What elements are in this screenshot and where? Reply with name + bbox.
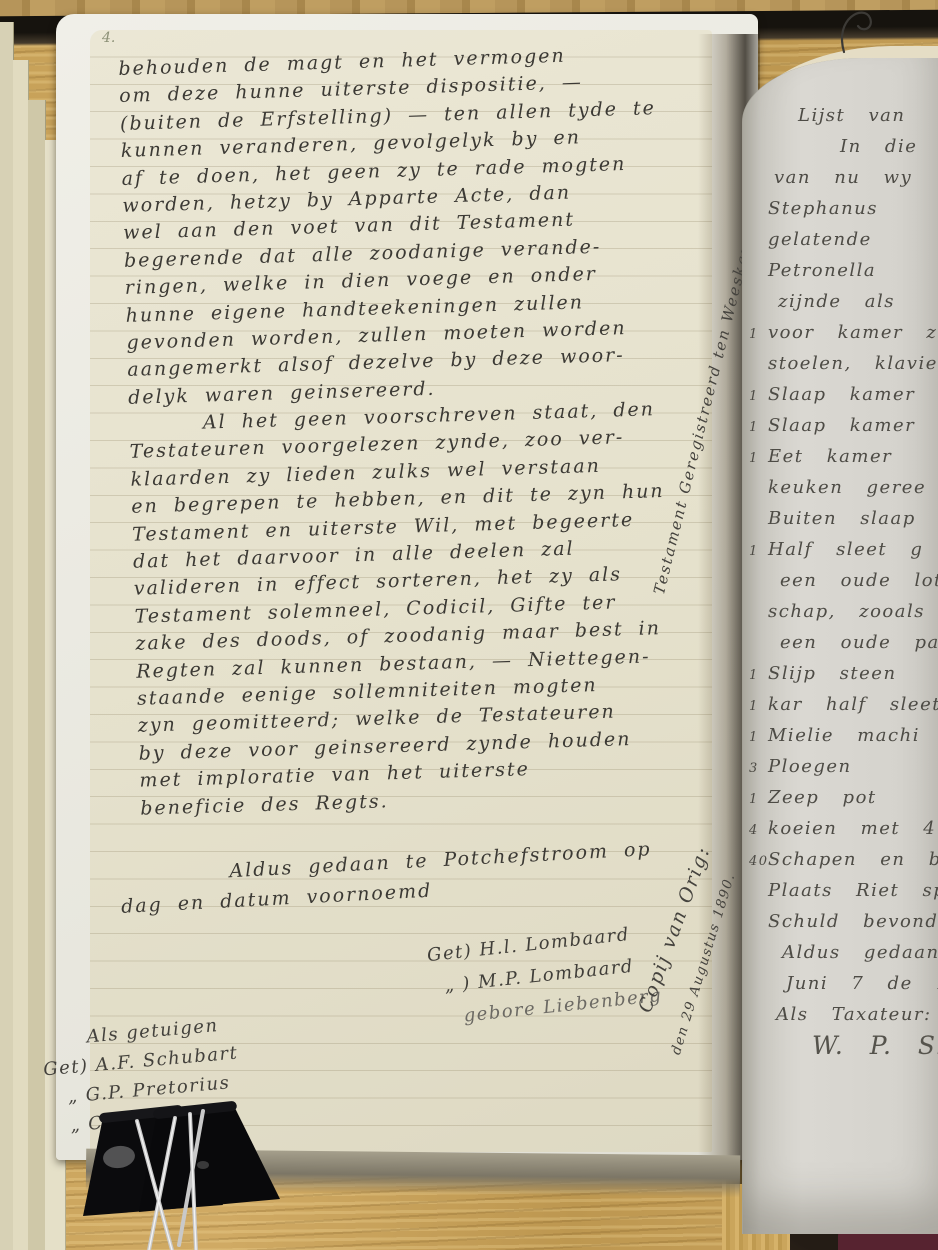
inventory-line: 1voor kamer z [749, 317, 938, 348]
inventory-item-text: Aldus gedaan [782, 942, 938, 963]
inventory-quantity: 40 [749, 846, 764, 877]
inventory-quantity: 3 [749, 753, 764, 784]
binder-clips-icon [75, 1095, 290, 1250]
page-number: 4. [102, 30, 115, 46]
inventory-item-text: kar half sleet [768, 694, 938, 715]
inventory-line: 1Slijp steen [749, 658, 938, 689]
inventory-item-text: keuken geree [768, 477, 926, 498]
inventory-item-text: zijnde als [778, 291, 895, 312]
inventory-line: stoelen, klavier [749, 348, 938, 379]
inventory-item-text: Zeep pot [768, 787, 877, 808]
photo-scene: 4. behouden de magt en het vermogen om d… [0, 0, 938, 1250]
inventory-quantity: 4 [749, 815, 764, 846]
inventory-line: Plaats Riet sp [749, 875, 938, 906]
inventory-item-text: van nu wy [774, 167, 912, 188]
inventory-quantity: 1 [749, 319, 764, 350]
inventory-quantity: 1 [749, 722, 764, 753]
inventory-quantity: 1 [749, 691, 764, 722]
inventory-item-text: Mielie machi [768, 725, 920, 746]
closing-block: Aldus gedaan te Potchefstroom op dag en … [119, 834, 654, 922]
inventory-line: 40Schapen en b [749, 844, 938, 875]
inventory-item-text: stoelen, klavier [768, 353, 938, 374]
page-stack-edge [13, 60, 29, 1250]
inventory-item-text: Slaap kamer [768, 415, 915, 436]
inventory-line: Buiten slaap [749, 503, 938, 534]
inventory-line: een oude lot [749, 565, 938, 596]
inventory-line: 1Half sleet g [749, 534, 938, 565]
inventory-item-text: Slijp steen [768, 663, 897, 684]
inventory-line: 1Slaap kamer [749, 379, 938, 410]
inventory-line: Juni 7 de 189 [749, 968, 938, 999]
inventory-item-text: Plaats Riet sp [768, 880, 938, 901]
inventory-line: 1Zeep pot [749, 782, 938, 813]
inventory-line: 1Mielie machi [749, 720, 938, 751]
inventory-item-text: een oude paa [780, 632, 938, 653]
inventory-line: keuken geree [749, 472, 938, 503]
inventory-line: Lijst van [749, 100, 938, 131]
inventory-item-text: Schapen en b [768, 849, 938, 870]
manuscript-body-text: behouden de magt en het vermogen om deze… [118, 39, 712, 823]
inventory-line: W. P. Sl [749, 1030, 938, 1061]
inventory-item-text: Lijst van [798, 105, 905, 126]
inventory-quantity: 1 [749, 412, 764, 443]
inventory-item-text: voor kamer z [768, 322, 937, 343]
pen-flourish-icon [828, 2, 908, 57]
page-stack-edge [0, 22, 14, 1250]
signature-block: Get) H.l. Lombaard „ ) M.P. Lombaard geb… [426, 916, 664, 1035]
inventory-quantity: 1 [749, 381, 764, 412]
manuscript-left-page: 4. behouden de magt en het vermogen om d… [90, 30, 712, 1152]
inventory-line: Schuld bevonde [749, 906, 938, 937]
inventory-item-text: Juni 7 de 189 [786, 973, 938, 994]
inventory-item-text: Schuld bevonde [768, 911, 938, 932]
inventory-line: 1Eet kamer [749, 441, 938, 472]
inventory-quantity: 1 [749, 660, 764, 691]
inventory-line: In die [749, 131, 938, 162]
inventory-item-text: Als Taxateur: [776, 1004, 932, 1025]
inventory-item-text: gelatende [768, 229, 872, 250]
inventory-line: gelatende [749, 224, 938, 255]
inventory-line: zijnde als [749, 286, 938, 317]
inventory-list: Lijst van In die van nu wy Stephanus gel… [743, 58, 938, 1061]
inventory-item-text: Slaap kamer [768, 384, 915, 405]
inventory-quantity: 1 [749, 443, 764, 474]
inventory-item-text: Half sleet g [768, 539, 923, 560]
inventory-item-text: schap, zooals zag [768, 601, 938, 622]
inventory-line: van nu wy [749, 162, 938, 193]
inventory-line: Petronella [749, 255, 938, 286]
inventory-item-text: Buiten slaap [768, 508, 916, 529]
inventory-item-text: koeien met 4 [768, 818, 936, 839]
inventory-item-text: een oude lot [780, 570, 938, 591]
inventory-item-text: In die [840, 136, 917, 157]
inventory-item-text: W. P. Sl [812, 1031, 938, 1060]
inventory-line: Aldus gedaan [749, 937, 938, 968]
inventory-line: 4koeien met 4 [749, 813, 938, 844]
inventory-quantity: 1 [749, 536, 764, 567]
inventory-line: 3Ploegen [749, 751, 938, 782]
inventory-right-page: Lijst van In die van nu wy Stephanus gel… [742, 58, 938, 1234]
inventory-item-text: Ploegen [768, 756, 852, 777]
inventory-quantity: 1 [749, 784, 764, 815]
inventory-line: Stephanus [749, 193, 938, 224]
inventory-line: schap, zooals zag [749, 596, 938, 627]
inventory-line: een oude paa [749, 627, 938, 658]
inventory-item-text: Petronella [768, 260, 876, 281]
inventory-line: 1Slaap kamer [749, 410, 938, 441]
inventory-item-text: Stephanus [768, 198, 878, 219]
inventory-line: 1kar half sleet [749, 689, 938, 720]
inventory-item-text: Eet kamer [768, 446, 892, 467]
inventory-line: Als Taxateur: [749, 999, 938, 1030]
